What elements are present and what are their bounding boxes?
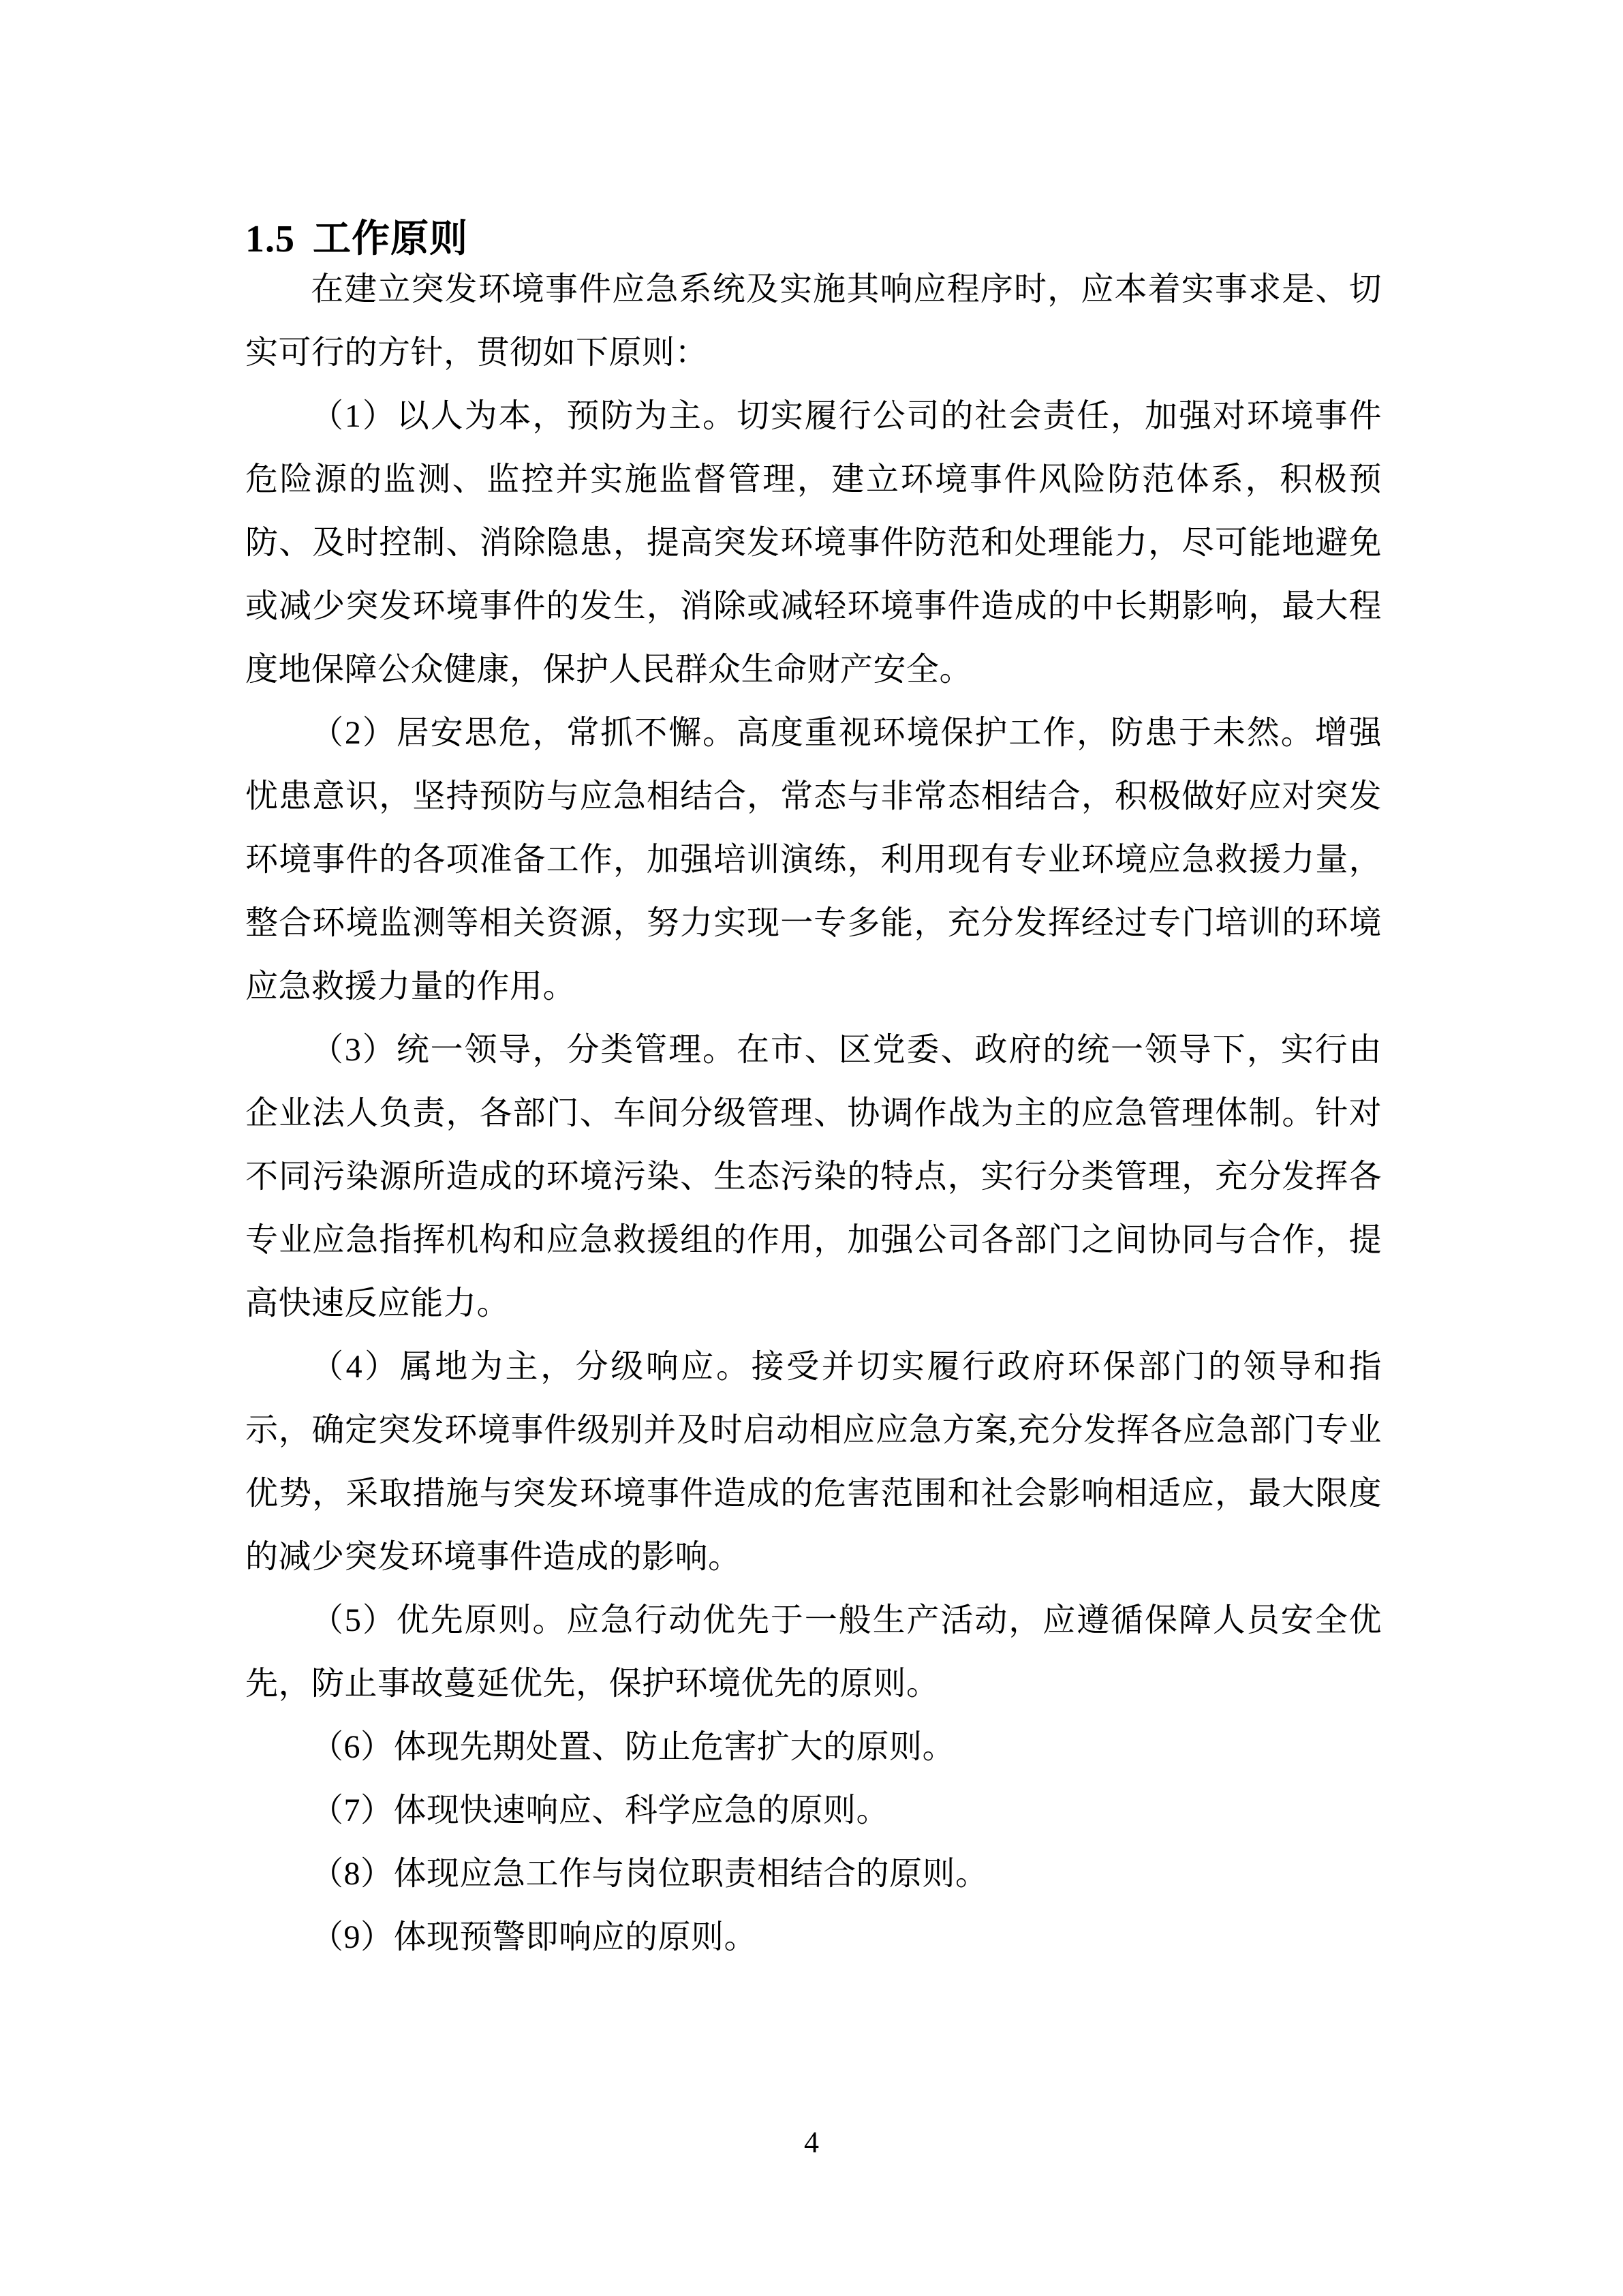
intro-paragraph: 在建立突发环境事件应急系统及实施其响应程序时，应本着实事求是、切实可行的方针，贯… [245,258,1382,384]
principle-2-paragraph: （2）居安思危，常抓不懈。高度重视环境保护工作，防患于未然。增强忧患意识，坚持预… [245,701,1382,1018]
section-title: 工作原则 [313,218,468,260]
principle-6-paragraph: （6）体现先期处置、防止危害扩大的原则。 [245,1715,1382,1779]
principle-7-paragraph: （7）体现快速响应、科学应急的原则。 [245,1779,1382,1842]
page-number: 4 [804,2126,819,2159]
principle-4-paragraph: （4）属地为主，分级响应。接受并切实履行政府环保部门的领导和指示，确定突发环境事… [245,1335,1382,1589]
principle-8-paragraph: （8）体现应急工作与岗位职责相结合的原则。 [245,1842,1382,1905]
principle-3-paragraph: （3）统一领导，分类管理。在市、区党委、政府的统一领导下，实行由企业法人负责，各… [245,1018,1382,1335]
page-footer: 4 [0,2125,1623,2160]
principle-5-paragraph: （5）优先原则。应急行动优先于一般生产活动，应遵循保障人员安全优先，防止事故蔓延… [245,1589,1382,1715]
section-number: 1.5 [245,218,295,260]
document-page: 1.5工作原则 在建立突发环境事件应急系统及实施其响应程序时，应本着实事求是、切… [0,0,1623,2296]
principle-9-paragraph: （9）体现预警即响应的原则。 [245,1905,1382,1969]
principle-1-paragraph: （1）以人为本，预防为主。切实履行公司的社会责任，加强对环境事件危险源的监测、监… [245,384,1382,701]
body-text: 在建立突发环境事件应急系统及实施其响应程序时，应本着实事求是、切实可行的方针，贯… [245,258,1382,1969]
section-heading: 1.5工作原则 [245,215,468,263]
